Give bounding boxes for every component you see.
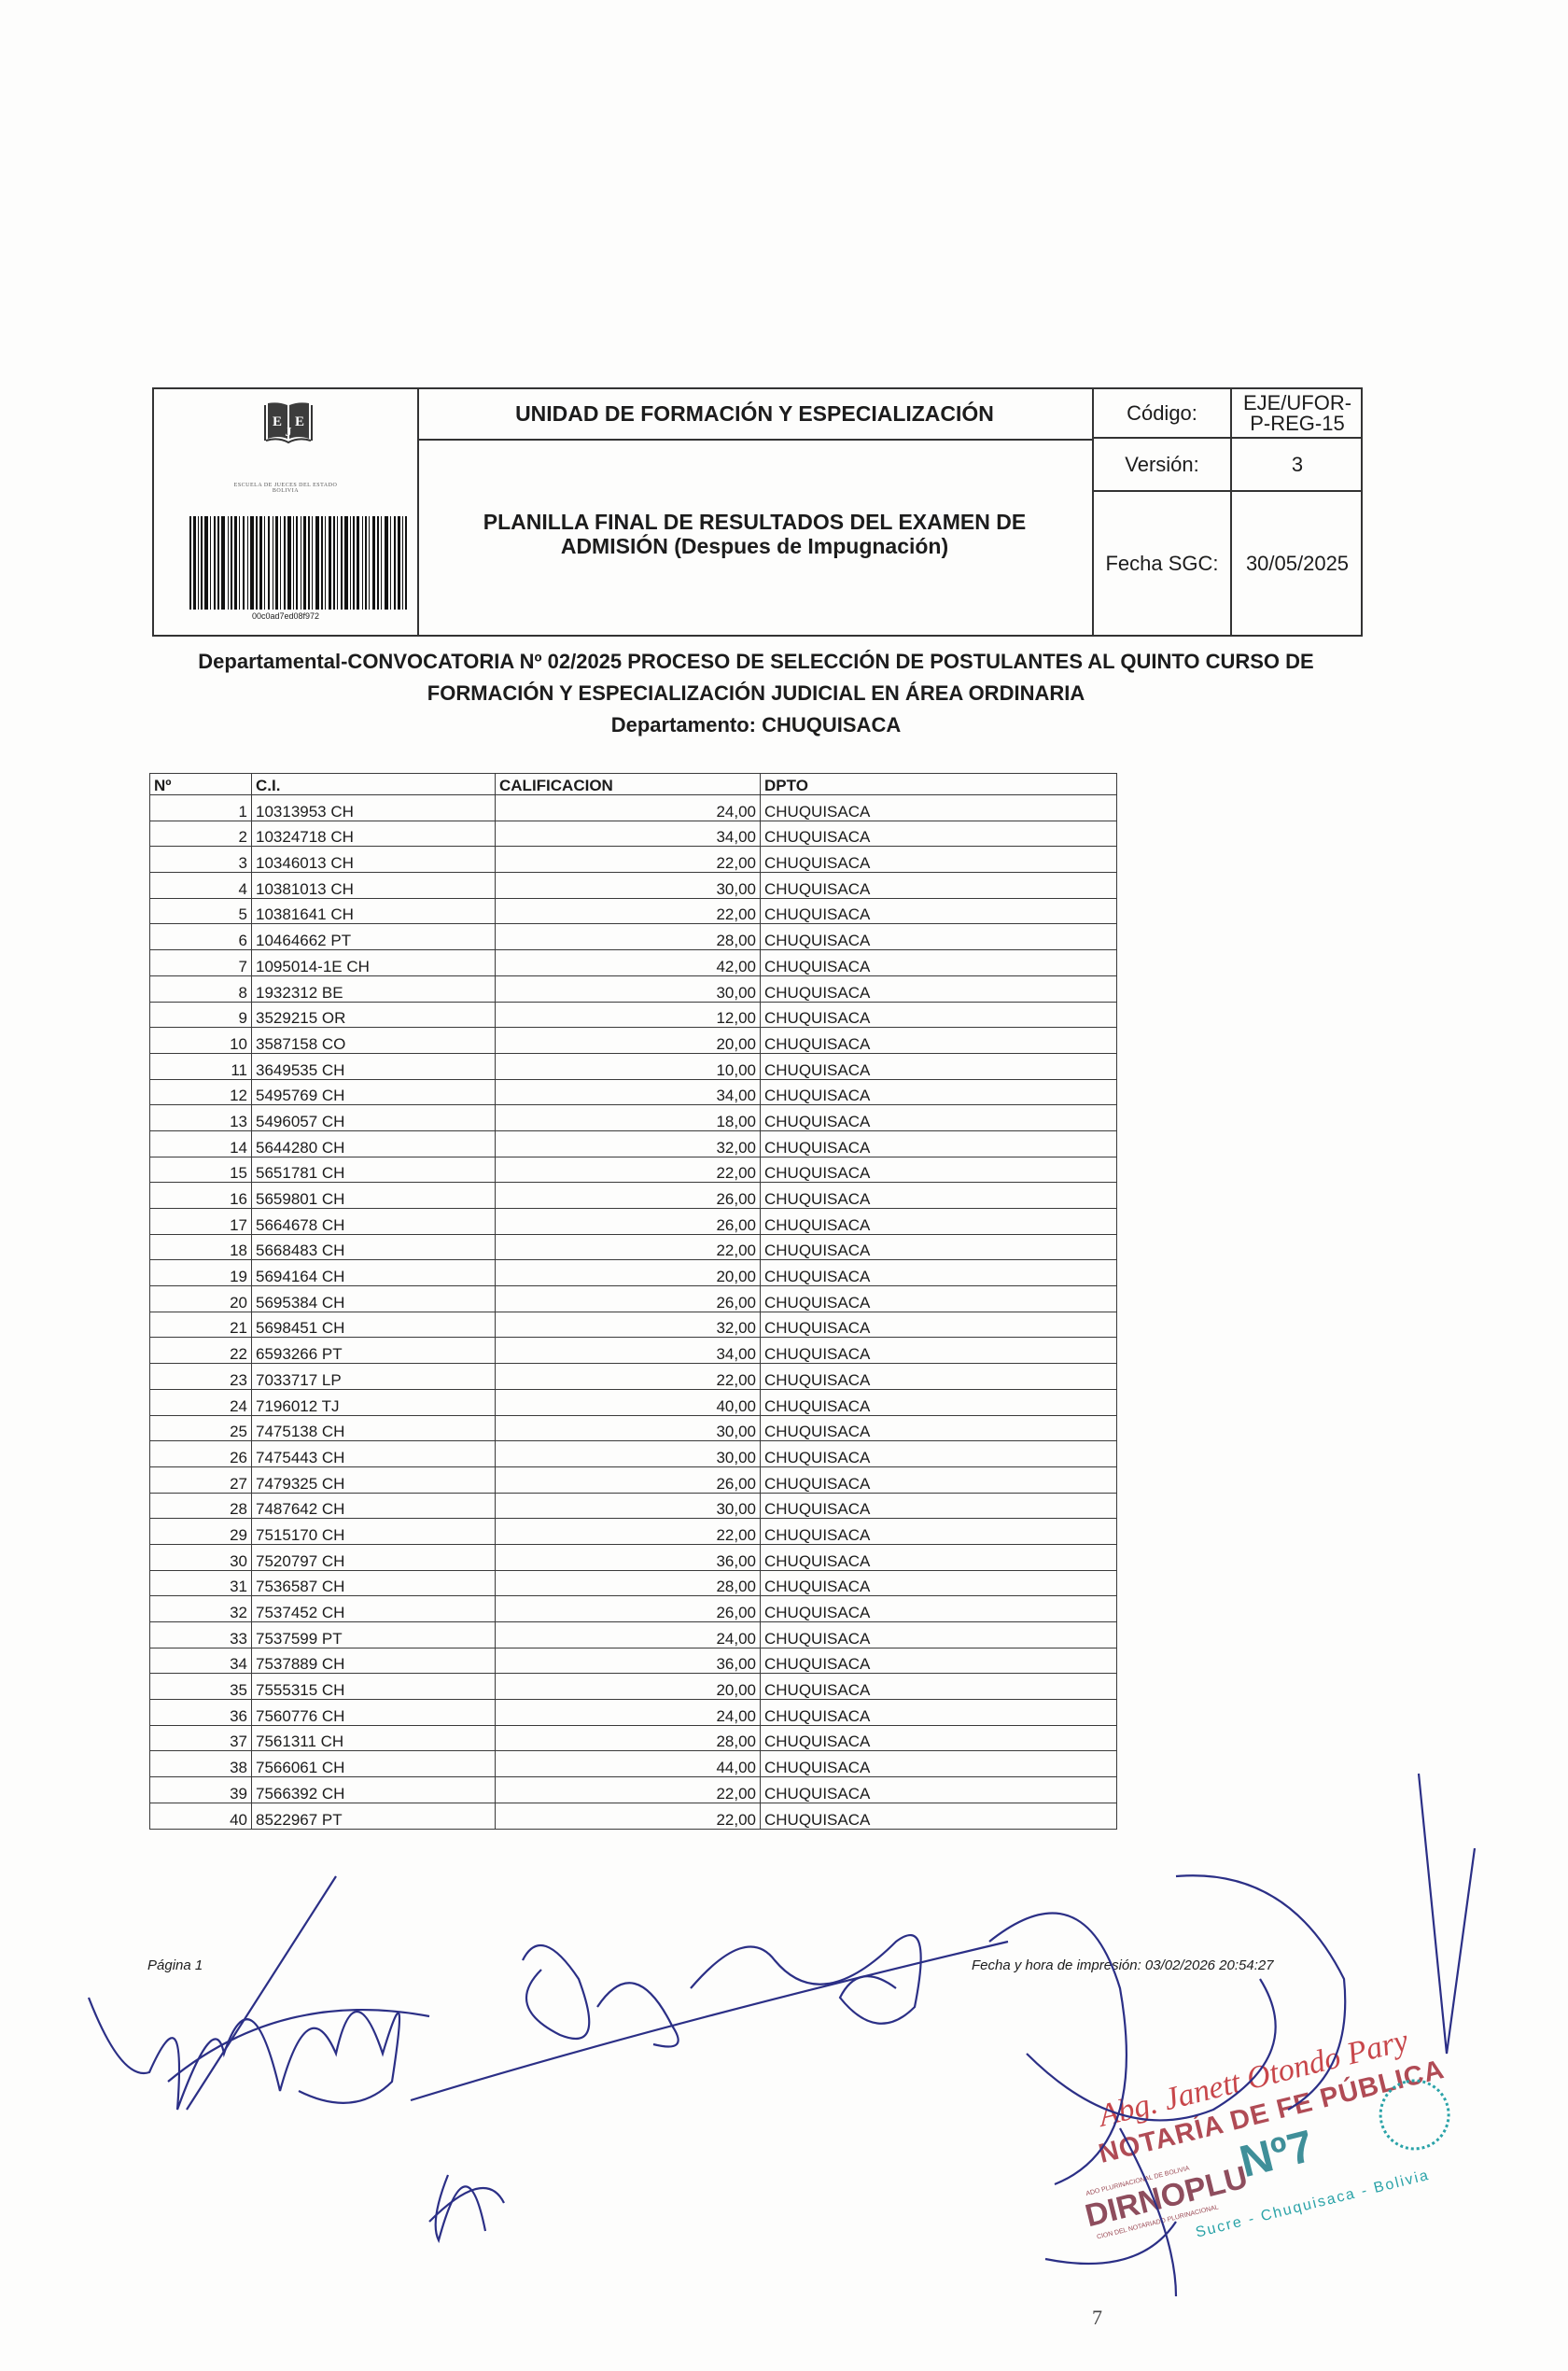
- svg-text:J: J: [286, 426, 292, 440]
- row-ci: 7536587 CH: [252, 1570, 496, 1596]
- logo-cell: E E J ESCUELA DE JUECES DEL ESTADO BOLIV…: [154, 389, 419, 635]
- row-calificacion: 34,00: [496, 1079, 761, 1105]
- row-number: 7: [150, 950, 252, 976]
- row-dpto: CHUQUISACA: [761, 1777, 1117, 1803]
- row-number: 33: [150, 1622, 252, 1648]
- row-dpto: CHUQUISACA: [761, 1234, 1117, 1260]
- row-dpto: CHUQUISACA: [761, 1389, 1117, 1415]
- row-number: 30: [150, 1544, 252, 1570]
- row-calificacion: 30,00: [496, 873, 761, 899]
- table-row: 125495769 CH34,00CHUQUISACA: [150, 1079, 1117, 1105]
- row-ci: 7566392 CH: [252, 1777, 496, 1803]
- row-dpto: CHUQUISACA: [761, 1209, 1117, 1235]
- row-calificacion: 28,00: [496, 1570, 761, 1596]
- row-dpto: CHUQUISACA: [761, 847, 1117, 873]
- row-dpto: CHUQUISACA: [761, 1157, 1117, 1183]
- row-ci: 5695384 CH: [252, 1286, 496, 1312]
- table-row: 347537889 CH36,00CHUQUISACA: [150, 1648, 1117, 1674]
- row-dpto: CHUQUISACA: [761, 1002, 1117, 1028]
- row-number: 23: [150, 1364, 252, 1390]
- row-calificacion: 26,00: [496, 1286, 761, 1312]
- meta-code: Código: EJE/UFOR-P-REG-15: [1094, 389, 1363, 439]
- row-number: 16: [150, 1183, 252, 1209]
- row-ci: 7475138 CH: [252, 1415, 496, 1441]
- row-dpto: CHUQUISACA: [761, 1700, 1117, 1726]
- row-calificacion: 30,00: [496, 975, 761, 1002]
- table-row: 317536587 CH28,00CHUQUISACA: [150, 1570, 1117, 1596]
- row-number: 19: [150, 1260, 252, 1286]
- row-number: 3: [150, 847, 252, 873]
- row-calificacion: 30,00: [496, 1441, 761, 1467]
- row-number: 26: [150, 1441, 252, 1467]
- barcode-value: 00c0ad7ed08f972: [154, 611, 417, 621]
- row-number: 35: [150, 1674, 252, 1700]
- table-row: 155651781 CH22,00CHUQUISACA: [150, 1157, 1117, 1183]
- row-dpto: CHUQUISACA: [761, 1674, 1117, 1700]
- document-header: E E J ESCUELA DE JUECES DEL ESTADO BOLIV…: [152, 387, 1363, 637]
- row-number: 15: [150, 1157, 252, 1183]
- eje-logo-icon: E E J: [261, 401, 315, 446]
- row-dpto: CHUQUISACA: [761, 1803, 1117, 1829]
- row-calificacion: 34,00: [496, 1338, 761, 1364]
- row-number: 36: [150, 1700, 252, 1726]
- department-title: Departamento: CHUQUISACA: [140, 713, 1372, 737]
- row-dpto: CHUQUISACA: [761, 1751, 1117, 1777]
- table-row: 287487642 CH30,00CHUQUISACA: [150, 1493, 1117, 1519]
- table-row: 93529215 OR12,00CHUQUISACA: [150, 1002, 1117, 1028]
- table-row: 327537452 CH26,00CHUQUISACA: [150, 1596, 1117, 1622]
- row-number: 13: [150, 1105, 252, 1131]
- row-ci: 7196012 TJ: [252, 1389, 496, 1415]
- table-row: 71095014-1E CH42,00CHUQUISACA: [150, 950, 1117, 976]
- table-row: 307520797 CH36,00CHUQUISACA: [150, 1544, 1117, 1570]
- row-ci: 10324718 CH: [252, 821, 496, 847]
- row-number: 1: [150, 795, 252, 821]
- row-ci: 7537599 PT: [252, 1622, 496, 1648]
- row-calificacion: 36,00: [496, 1648, 761, 1674]
- row-number: 14: [150, 1130, 252, 1157]
- row-dpto: CHUQUISACA: [761, 1596, 1117, 1622]
- row-number: 22: [150, 1338, 252, 1364]
- row-calificacion: 22,00: [496, 1777, 761, 1803]
- row-calificacion: 22,00: [496, 1364, 761, 1390]
- row-ci: 3587158 CO: [252, 1028, 496, 1054]
- row-ci: 5659801 CH: [252, 1183, 496, 1209]
- row-calificacion: 36,00: [496, 1544, 761, 1570]
- table-row: 267475443 CH30,00CHUQUISACA: [150, 1441, 1117, 1467]
- convocatoria-title: Departamental-CONVOCATORIA Nº 02/2025 PR…: [140, 650, 1372, 674]
- row-dpto: CHUQUISACA: [761, 1286, 1117, 1312]
- row-calificacion: 26,00: [496, 1209, 761, 1235]
- row-number: 5: [150, 898, 252, 924]
- row-calificacion: 24,00: [496, 1700, 761, 1726]
- table-row: 397566392 CH22,00CHUQUISACA: [150, 1777, 1117, 1803]
- row-dpto: CHUQUISACA: [761, 1364, 1117, 1390]
- signature-middle-icon: [411, 1935, 1008, 2100]
- row-dpto: CHUQUISACA: [761, 1466, 1117, 1493]
- row-dpto: CHUQUISACA: [761, 1415, 1117, 1441]
- table-row: 357555315 CH20,00CHUQUISACA: [150, 1674, 1117, 1700]
- row-ci: 7560776 CH: [252, 1700, 496, 1726]
- row-dpto: CHUQUISACA: [761, 898, 1117, 924]
- row-number: 9: [150, 1002, 252, 1028]
- row-dpto: CHUQUISACA: [761, 1130, 1117, 1157]
- row-number: 18: [150, 1234, 252, 1260]
- svg-text:E: E: [273, 414, 282, 429]
- row-calificacion: 28,00: [496, 924, 761, 950]
- row-dpto: CHUQUISACA: [761, 1338, 1117, 1364]
- row-ci: 6593266 PT: [252, 1338, 496, 1364]
- row-number: 37: [150, 1725, 252, 1751]
- table-row: 113649535 CH10,00CHUQUISACA: [150, 1053, 1117, 1079]
- row-number: 8: [150, 975, 252, 1002]
- table-row: 257475138 CH30,00CHUQUISACA: [150, 1415, 1117, 1441]
- row-number: 28: [150, 1493, 252, 1519]
- row-calificacion: 32,00: [496, 1130, 761, 1157]
- row-dpto: CHUQUISACA: [761, 1570, 1117, 1596]
- table-body: 110313953 CH24,00CHUQUISACA210324718 CH3…: [150, 795, 1117, 1830]
- row-number: 6: [150, 924, 252, 950]
- row-calificacion: 34,00: [496, 821, 761, 847]
- row-dpto: CHUQUISACA: [761, 1493, 1117, 1519]
- table-row: 408522967 PT22,00CHUQUISACA: [150, 1803, 1117, 1829]
- row-dpto: CHUQUISACA: [761, 1648, 1117, 1674]
- document-title: PLANILLA FINAL DE RESULTADOS DEL EXAMEN …: [417, 441, 1092, 637]
- row-dpto: CHUQUISACA: [761, 1079, 1117, 1105]
- svg-text:E: E: [295, 414, 304, 429]
- row-ci: 10346013 CH: [252, 847, 496, 873]
- row-calificacion: 32,00: [496, 1312, 761, 1338]
- row-number: 34: [150, 1648, 252, 1674]
- row-ci: 8522967 PT: [252, 1803, 496, 1829]
- table-row: 247196012 TJ40,00CHUQUISACA: [150, 1389, 1117, 1415]
- row-ci: 7475443 CH: [252, 1441, 496, 1467]
- table-row: 175664678 CH26,00CHUQUISACA: [150, 1209, 1117, 1235]
- signature-left-icon: [89, 1876, 504, 2240]
- row-ci: 10381641 CH: [252, 898, 496, 924]
- row-ci: 5668483 CH: [252, 1234, 496, 1260]
- row-calificacion: 30,00: [496, 1415, 761, 1441]
- row-number: 12: [150, 1079, 252, 1105]
- barcode-icon: [189, 516, 407, 610]
- row-ci: 7033717 LP: [252, 1364, 496, 1390]
- col-dpto: DPTO: [761, 774, 1117, 795]
- col-calificacion: CALIFICACION: [496, 774, 761, 795]
- handwritten-page-number: 7: [1092, 2306, 1102, 2330]
- row-calificacion: 22,00: [496, 898, 761, 924]
- row-ci: 7555315 CH: [252, 1674, 496, 1700]
- row-dpto: CHUQUISACA: [761, 950, 1117, 976]
- row-number: 17: [150, 1209, 252, 1235]
- row-number: 21: [150, 1312, 252, 1338]
- table-row: 610464662 PT28,00CHUQUISACA: [150, 924, 1117, 950]
- table-row: 185668483 CH22,00CHUQUISACA: [150, 1234, 1117, 1260]
- row-ci: 7520797 CH: [252, 1544, 496, 1570]
- row-dpto: CHUQUISACA: [761, 1260, 1117, 1286]
- table-row: 165659801 CH26,00CHUQUISACA: [150, 1183, 1117, 1209]
- institution-name: ESCUELA DE JUECES DEL ESTADO BOLIVIA: [182, 483, 389, 494]
- row-number: 31: [150, 1570, 252, 1596]
- row-calificacion: 20,00: [496, 1028, 761, 1054]
- row-calificacion: 24,00: [496, 795, 761, 821]
- row-calificacion: 26,00: [496, 1466, 761, 1493]
- row-dpto: CHUQUISACA: [761, 1183, 1117, 1209]
- row-ci: 10381013 CH: [252, 873, 496, 899]
- results-table: Nº C.I. CALIFICACION DPTO 110313953 CH24…: [149, 773, 1117, 1830]
- table-row: 103587158 CO20,00CHUQUISACA: [150, 1028, 1117, 1054]
- row-number: 27: [150, 1466, 252, 1493]
- row-calificacion: 24,00: [496, 1622, 761, 1648]
- table-row: 135496057 CH18,00CHUQUISACA: [150, 1105, 1117, 1131]
- row-ci: 7537452 CH: [252, 1596, 496, 1622]
- row-calificacion: 18,00: [496, 1105, 761, 1131]
- row-ci: 10464662 PT: [252, 924, 496, 950]
- table-row: 145644280 CH32,00CHUQUISACA: [150, 1130, 1117, 1157]
- table-row: 81932312 BE30,00CHUQUISACA: [150, 975, 1117, 1002]
- col-ci: C.I.: [252, 774, 496, 795]
- table-row: 110313953 CH24,00CHUQUISACA: [150, 795, 1117, 821]
- row-calificacion: 42,00: [496, 950, 761, 976]
- row-ci: 1095014-1E CH: [252, 950, 496, 976]
- table-row: 205695384 CH26,00CHUQUISACA: [150, 1286, 1117, 1312]
- row-calificacion: 44,00: [496, 1751, 761, 1777]
- row-number: 25: [150, 1415, 252, 1441]
- row-dpto: CHUQUISACA: [761, 1053, 1117, 1079]
- row-calificacion: 26,00: [496, 1596, 761, 1622]
- row-dpto: CHUQUISACA: [761, 975, 1117, 1002]
- row-ci: 7566061 CH: [252, 1751, 496, 1777]
- row-calificacion: 20,00: [496, 1674, 761, 1700]
- row-calificacion: 22,00: [496, 847, 761, 873]
- row-number: 2: [150, 821, 252, 847]
- row-ci: 7561311 CH: [252, 1725, 496, 1751]
- table-row: 277479325 CH26,00CHUQUISACA: [150, 1466, 1117, 1493]
- row-ci: 3529215 OR: [252, 1002, 496, 1028]
- row-calificacion: 26,00: [496, 1183, 761, 1209]
- row-number: 4: [150, 873, 252, 899]
- row-ci: 5651781 CH: [252, 1157, 496, 1183]
- row-ci: 7487642 CH: [252, 1493, 496, 1519]
- row-number: 10: [150, 1028, 252, 1054]
- row-number: 11: [150, 1053, 252, 1079]
- row-dpto: CHUQUISACA: [761, 924, 1117, 950]
- row-number: 39: [150, 1777, 252, 1803]
- page-number: Página 1: [147, 1957, 203, 1973]
- table-header: Nº C.I. CALIFICACION DPTO: [150, 774, 1117, 795]
- row-calificacion: 22,00: [496, 1519, 761, 1545]
- row-ci: 5644280 CH: [252, 1130, 496, 1157]
- row-ci: 5694164 CH: [252, 1260, 496, 1286]
- row-calificacion: 12,00: [496, 1002, 761, 1028]
- row-calificacion: 10,00: [496, 1053, 761, 1079]
- row-dpto: CHUQUISACA: [761, 1725, 1117, 1751]
- row-dpto: CHUQUISACA: [761, 795, 1117, 821]
- unit-title: UNIDAD DE FORMACIÓN Y ESPECIALIZACIÓN: [417, 389, 1092, 441]
- table-row: 377561311 CH28,00CHUQUISACA: [150, 1725, 1117, 1751]
- row-number: 24: [150, 1389, 252, 1415]
- table-row: 297515170 CH22,00CHUQUISACA: [150, 1519, 1117, 1545]
- table-row: 195694164 CH20,00CHUQUISACA: [150, 1260, 1117, 1286]
- row-ci: 1932312 BE: [252, 975, 496, 1002]
- row-ci: 7479325 CH: [252, 1466, 496, 1493]
- row-ci: 5698451 CH: [252, 1312, 496, 1338]
- document-meta: Código: EJE/UFOR-P-REG-15 Versión: 3 Fec…: [1092, 389, 1363, 635]
- meta-date: Fecha SGC: 30/05/2025: [1094, 492, 1363, 635]
- col-number: Nº: [150, 774, 252, 795]
- row-dpto: CHUQUISACA: [761, 1622, 1117, 1648]
- row-dpto: CHUQUISACA: [761, 1544, 1117, 1570]
- table-row: 226593266 PT34,00CHUQUISACA: [150, 1338, 1117, 1364]
- row-ci: 7515170 CH: [252, 1519, 496, 1545]
- table-row: 337537599 PT24,00CHUQUISACA: [150, 1622, 1117, 1648]
- table-row: 410381013 CH30,00CHUQUISACA: [150, 873, 1117, 899]
- row-dpto: CHUQUISACA: [761, 1028, 1117, 1054]
- notary-stamp: Abg. Janett Otondo Pary NOTARÍA DE FE PÚ…: [1055, 1996, 1493, 2326]
- table-row: 310346013 CH22,00CHUQUISACA: [150, 847, 1117, 873]
- row-ci: 10313953 CH: [252, 795, 496, 821]
- table-row: 215698451 CH32,00CHUQUISACA: [150, 1312, 1117, 1338]
- row-ci: 5664678 CH: [252, 1209, 496, 1235]
- title-cell: UNIDAD DE FORMACIÓN Y ESPECIALIZACIÓN PL…: [417, 389, 1092, 635]
- row-dpto: CHUQUISACA: [761, 1519, 1117, 1545]
- row-number: 29: [150, 1519, 252, 1545]
- row-calificacion: 28,00: [496, 1725, 761, 1751]
- row-dpto: CHUQUISACA: [761, 821, 1117, 847]
- meta-version: Versión: 3: [1094, 439, 1363, 492]
- row-calificacion: 30,00: [496, 1493, 761, 1519]
- row-ci: 7537889 CH: [252, 1648, 496, 1674]
- row-dpto: CHUQUISACA: [761, 1105, 1117, 1131]
- table-row: 387566061 CH44,00CHUQUISACA: [150, 1751, 1117, 1777]
- row-calificacion: 40,00: [496, 1389, 761, 1415]
- convocatoria-subtitle: FORMACIÓN Y ESPECIALIZACIÓN JUDICIAL EN …: [140, 681, 1372, 706]
- row-ci: 5496057 CH: [252, 1105, 496, 1131]
- row-dpto: CHUQUISACA: [761, 1441, 1117, 1467]
- table-row: 510381641 CH22,00CHUQUISACA: [150, 898, 1117, 924]
- table-row: 237033717 LP22,00CHUQUISACA: [150, 1364, 1117, 1390]
- row-calificacion: 22,00: [496, 1234, 761, 1260]
- row-ci: 5495769 CH: [252, 1079, 496, 1105]
- print-datetime: Fecha y hora de impresión: 03/02/2026 20…: [972, 1957, 1274, 1973]
- row-dpto: CHUQUISACA: [761, 1312, 1117, 1338]
- row-calificacion: 22,00: [496, 1803, 761, 1829]
- row-calificacion: 20,00: [496, 1260, 761, 1286]
- row-number: 38: [150, 1751, 252, 1777]
- row-calificacion: 22,00: [496, 1157, 761, 1183]
- row-ci: 3649535 CH: [252, 1053, 496, 1079]
- row-number: 20: [150, 1286, 252, 1312]
- table-row: 210324718 CH34,00CHUQUISACA: [150, 821, 1117, 847]
- row-number: 40: [150, 1803, 252, 1829]
- table-row: 367560776 CH24,00CHUQUISACA: [150, 1700, 1117, 1726]
- row-number: 32: [150, 1596, 252, 1622]
- row-dpto: CHUQUISACA: [761, 873, 1117, 899]
